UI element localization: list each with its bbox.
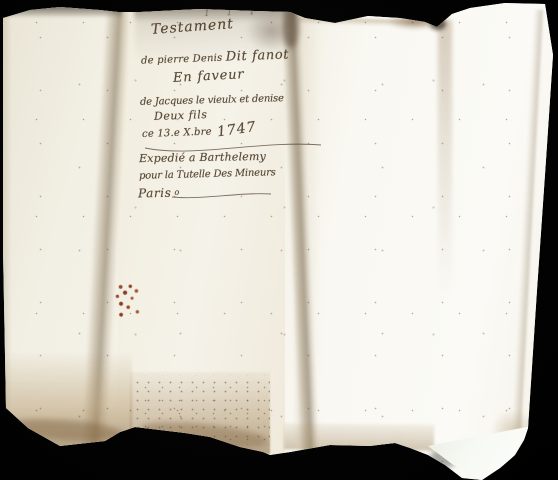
tutelage-line: pour la Tutelle Des Mineurs [139,167,276,182]
title-testament: Testament [151,16,235,38]
sons-line: Deux fils [154,108,208,123]
testator-name-start: de pierre Denis [141,53,223,67]
favor-line: En faveur [173,67,245,86]
place-underline-flourish [170,188,274,202]
handwritten-inscription: 1 1 1 Testament de pierre Denis Dit fano… [0,0,558,480]
folded-document-paper: 1 1 1 Testament de pierre Denis Dit fano… [0,0,558,480]
testator-alias: Dit fanot [226,47,290,64]
heirs-line: de Jacques le vieulx et denise [140,93,284,108]
manuscript-photo: 1 1 1 Testament de pierre Denis Dit fano… [0,0,558,480]
testator-line: de pierre Denis Dit fanot [141,47,290,67]
expedition-line: Expedié a Barthelemy [139,150,266,165]
place-name: Paris [138,186,172,201]
